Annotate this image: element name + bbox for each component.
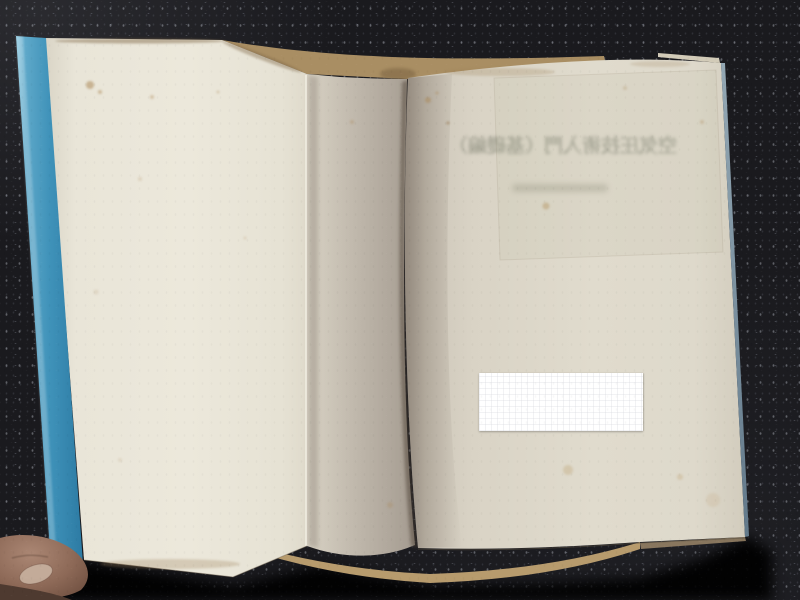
page-impression-outline [494, 70, 723, 260]
left-endpaper [307, 74, 415, 556]
foxing-spot [350, 120, 354, 124]
flap-edge-shadow [308, 75, 318, 548]
foxing-spot [387, 502, 393, 508]
photo-scene: 空気圧技術入門（基礎編） [0, 0, 800, 600]
ghost-subline-smudge [512, 184, 608, 192]
open-book-photo [0, 0, 800, 600]
watermark-box [479, 373, 643, 431]
ghost-title-text: 空気圧技術入門（基礎編） [447, 132, 679, 160]
jacket-flap [44, 38, 307, 577]
